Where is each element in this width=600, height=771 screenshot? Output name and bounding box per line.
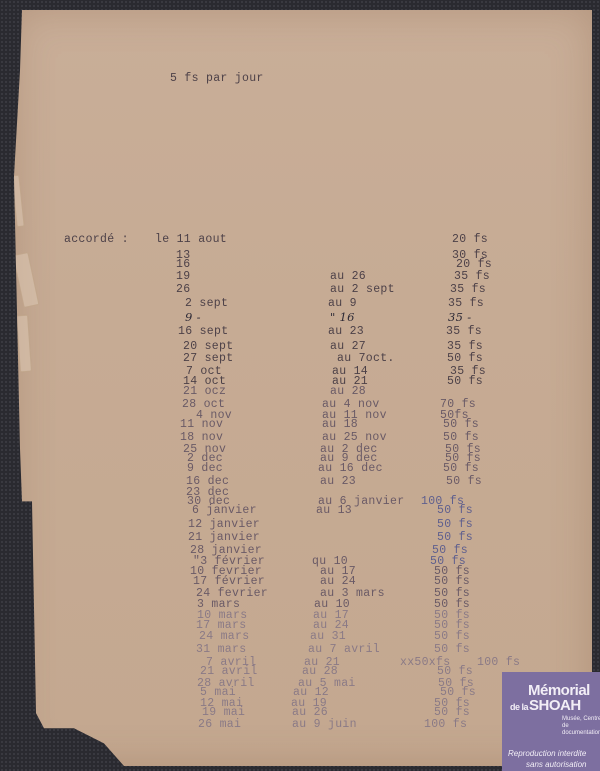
watermark-line3: Musée, Centre de documentation (562, 716, 600, 737)
row-amount: 50 fs (443, 462, 479, 475)
row-to-date: au 9 juin (292, 718, 357, 731)
row-from-date: 19 (176, 270, 190, 283)
row-from-date: 26 (176, 283, 190, 296)
row-amount: 50 fs (434, 643, 470, 656)
row-from-date: 21 janvier (188, 531, 260, 544)
memorial-shoah-watermark: Mémorial de laSHOAH Musée, Centre de doc… (502, 672, 600, 771)
paper-fold (13, 252, 40, 308)
row-amount: 35 fs (448, 297, 484, 310)
row-from-date: le 11 aout (155, 233, 227, 246)
row-amount: 50 fs (437, 504, 473, 517)
watermark-line4: Reproduction interdite (508, 749, 586, 758)
row-from-date: 16 sept (178, 325, 228, 338)
row-to-date: au 9 (328, 297, 357, 310)
row-from-date: 9 dec (187, 462, 223, 475)
paper-fold (11, 175, 24, 228)
row-amount: 50 fs (437, 531, 473, 544)
row-from-date: 2 sept (185, 297, 228, 310)
row-amount: 50 fs (447, 352, 483, 365)
row-to-date: au 26 (330, 270, 366, 283)
row-amount: 50 fs (437, 518, 473, 531)
row-from-date: 27 sept (183, 352, 233, 365)
row-to-date: au 28 (330, 385, 366, 398)
row-to-date: au 7 avril (308, 643, 380, 656)
row-amount: 35 fs (450, 283, 486, 296)
row-from-date: 11 nov (180, 418, 223, 431)
page-header: 5 fs par jour (170, 72, 264, 85)
row-from-date: 9 - (185, 310, 201, 324)
row-amount: 20 fs (452, 233, 488, 246)
accorde-label: accordé : (64, 233, 129, 246)
row-amount-extra: 100 fs (477, 656, 520, 669)
row-from-date: 26 mai (198, 718, 241, 731)
row-amount: 50 fs (443, 418, 479, 431)
row-to-date: au 7oct. (337, 352, 395, 365)
row-to-date: au 18 (322, 418, 358, 431)
row-to-date: au 13 (316, 504, 352, 517)
watermark-line5: sans autorisation (526, 760, 586, 769)
row-from-date: 21 ocz (183, 385, 226, 398)
row-to-date: " 16 (330, 310, 355, 324)
row-amount: 35 fs (454, 270, 490, 283)
row-amount: 100 fs (424, 718, 467, 731)
row-to-date: au 23 (320, 475, 356, 488)
paper-fold (16, 315, 32, 373)
document-page (14, 10, 592, 766)
row-to-date: au 23 (328, 325, 364, 338)
row-from-date: 12 janvier (188, 518, 260, 531)
row-from-date: 24 mars (199, 630, 249, 643)
row-from-date: 6 janvier (192, 504, 257, 517)
row-amount: 50 fs (447, 375, 483, 388)
watermark-line2: de laSHOAH (510, 697, 581, 714)
row-to-date: au 31 (310, 630, 346, 643)
row-amount: 35 fs (446, 325, 482, 338)
row-to-date: au 2 sept (330, 283, 395, 296)
row-to-date: au 16 dec (318, 462, 383, 475)
row-amount: 50 fs (446, 475, 482, 488)
row-amount: 35 - (448, 310, 471, 324)
row-from-date: 31 mars (196, 643, 246, 656)
row-amount: 50 fs (434, 630, 470, 643)
